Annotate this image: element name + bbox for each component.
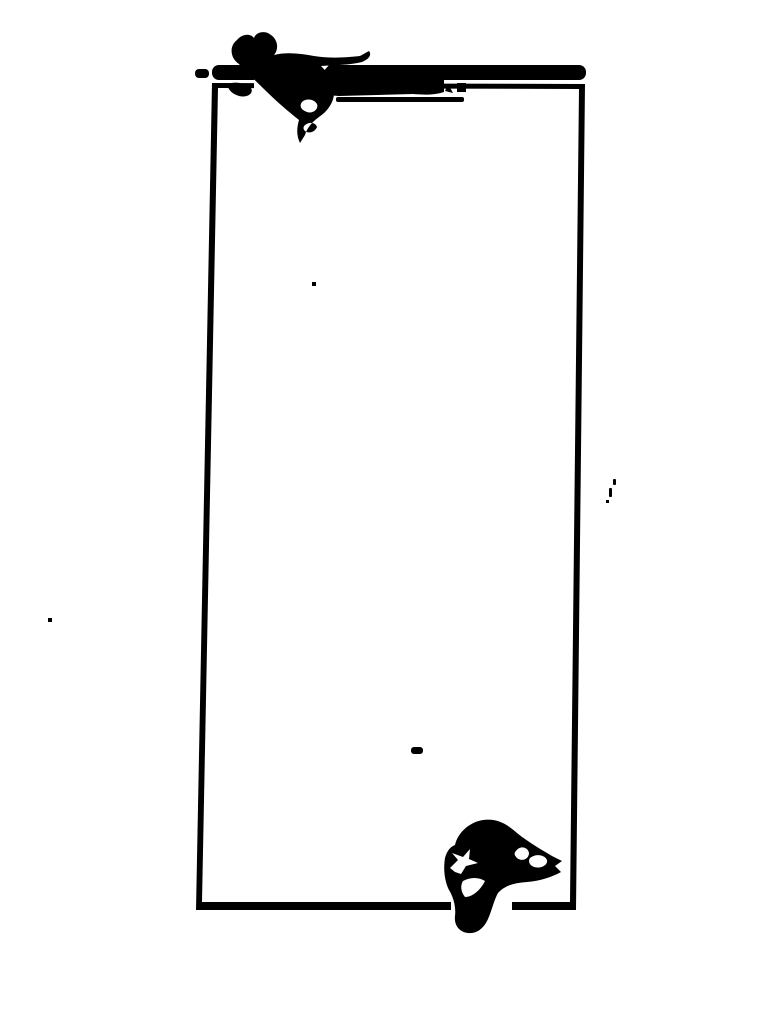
scan-speckle-dot (606, 500, 609, 503)
scan-speckle-tick-b (609, 488, 612, 497)
under-rule-line (336, 97, 464, 102)
page-border-frame (196, 83, 585, 910)
scan-speckle-dash (411, 747, 423, 754)
top-rule-bar-tip (195, 69, 209, 78)
scan-speckle-left (48, 618, 52, 622)
scanned-page (0, 0, 760, 1024)
letterhead-artwork (0, 0, 760, 1024)
under-rule-smudge-mark-b (457, 83, 466, 92)
scan-speckle-tick-a (613, 479, 616, 485)
scan-speckle-upper (312, 282, 316, 286)
leaping-fish-icon (444, 820, 562, 933)
